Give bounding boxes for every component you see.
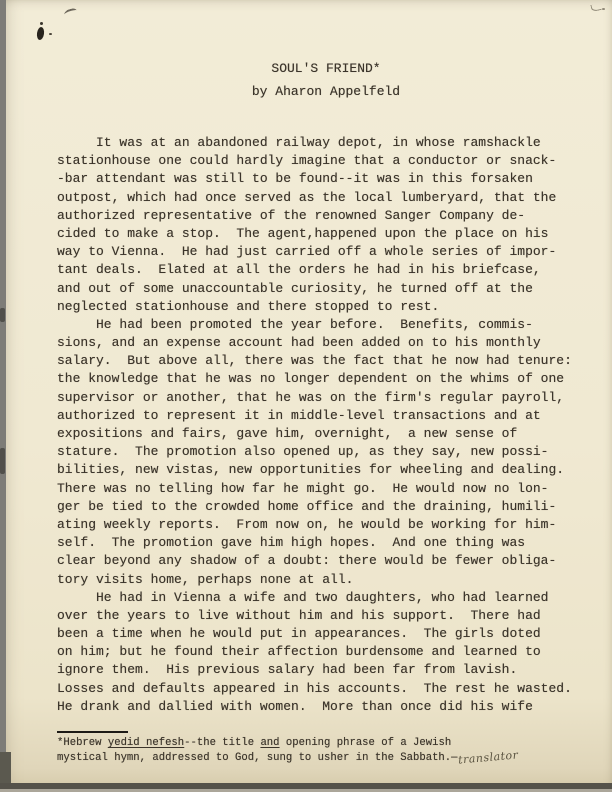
text-line: supervisor or another, that he was on th… bbox=[57, 389, 597, 407]
footnote-segment: yedid nefesh bbox=[108, 737, 184, 749]
text-line: -bar attendant was still to be found--it… bbox=[57, 170, 597, 188]
text-line: tant deals. Elated at all the orders he … bbox=[57, 261, 597, 279]
handwritten-word: translator bbox=[457, 749, 518, 767]
story-title: SOUL'S FRIEND* bbox=[0, 61, 612, 76]
text-line: ger be tied to the crowded home office a… bbox=[57, 498, 597, 516]
text-line: Losses and defaults appeared in his acco… bbox=[57, 680, 597, 698]
page-left-edge bbox=[0, 0, 6, 792]
ink-dot-mark bbox=[40, 22, 43, 25]
ink-dot-mark bbox=[49, 33, 52, 35]
text-line: cided to make a stop. The agent,happened… bbox=[57, 225, 597, 243]
text-line: It was at an abandoned railway depot, in… bbox=[57, 134, 597, 152]
footnote-segment: --the title bbox=[184, 737, 260, 749]
text-line: tory visits home, perhaps none at all. bbox=[57, 571, 597, 589]
scanned-typescript-page: SOUL'S FRIEND* by Aharon Appelfeld It wa… bbox=[0, 0, 612, 792]
text-line: ignore them. His previous salary had bee… bbox=[57, 661, 597, 679]
text-line: stationhouse one could hardly imagine th… bbox=[57, 152, 597, 170]
text-line: way to Vienna. He had just carried off a… bbox=[57, 243, 597, 261]
text-line: There was no telling how far he might go… bbox=[57, 480, 597, 498]
text-line: sions, and an expense account had been a… bbox=[57, 334, 597, 352]
text-line: and out of some unaccountable curiosity,… bbox=[57, 280, 597, 298]
body-text: It was at an abandoned railway depot, in… bbox=[57, 134, 597, 716]
text-line: ating weekly reports. From now on, he wo… bbox=[57, 516, 597, 534]
edge-smudge bbox=[0, 308, 5, 322]
text-line: self. The promotion gave him high hopes.… bbox=[57, 534, 597, 552]
text-line: He had been promoted the year before. Be… bbox=[57, 316, 597, 334]
author-byline: by Aharon Appelfeld bbox=[0, 84, 612, 99]
text-line: over the years to live without him and h… bbox=[57, 607, 597, 625]
pencil-scribble-mark bbox=[602, 8, 605, 10]
text-line: clear beyond any shadow of a doubt: ther… bbox=[57, 552, 597, 570]
footnote-line: mystical hymn, addressed to God, sung to… bbox=[57, 750, 597, 765]
footnote: *Hebrew yedid nefesh--the title and open… bbox=[57, 737, 597, 765]
text-line: outpost, which had once served as the lo… bbox=[57, 189, 597, 207]
text-line: on him; but he found their affection bur… bbox=[57, 643, 597, 661]
text-line: been a time when he would put in appeara… bbox=[57, 625, 597, 643]
footnote-segment: *Hebrew bbox=[57, 737, 108, 749]
footnote-separator-line bbox=[57, 731, 128, 733]
footnote-segment: mystical hymn, addressed to God, sung to… bbox=[57, 752, 458, 764]
edge-smudge bbox=[0, 448, 5, 474]
text-line: bilities, new vistas, new opportunities … bbox=[57, 461, 597, 479]
text-line: the knowledge that he was no longer depe… bbox=[57, 370, 597, 388]
text-line: He had in Vienna a wife and two daughter… bbox=[57, 589, 597, 607]
text-line: expositions and fairs, gave him, overnig… bbox=[57, 425, 597, 443]
footnote-segment: opening phrase of a Jewish bbox=[280, 737, 452, 749]
text-line: authorized to represent it in middle-lev… bbox=[57, 407, 597, 425]
footnote-segment: and bbox=[260, 737, 279, 749]
text-line: salary. But above all, there was the fac… bbox=[57, 352, 597, 370]
text-line: stature. The promotion also opened up, a… bbox=[57, 443, 597, 461]
text-line: authorized representative of the renowne… bbox=[57, 207, 597, 225]
text-line: He drank and dallied with women. More th… bbox=[57, 698, 597, 716]
text-line: neglected stationhouse and there stopped… bbox=[57, 298, 597, 316]
